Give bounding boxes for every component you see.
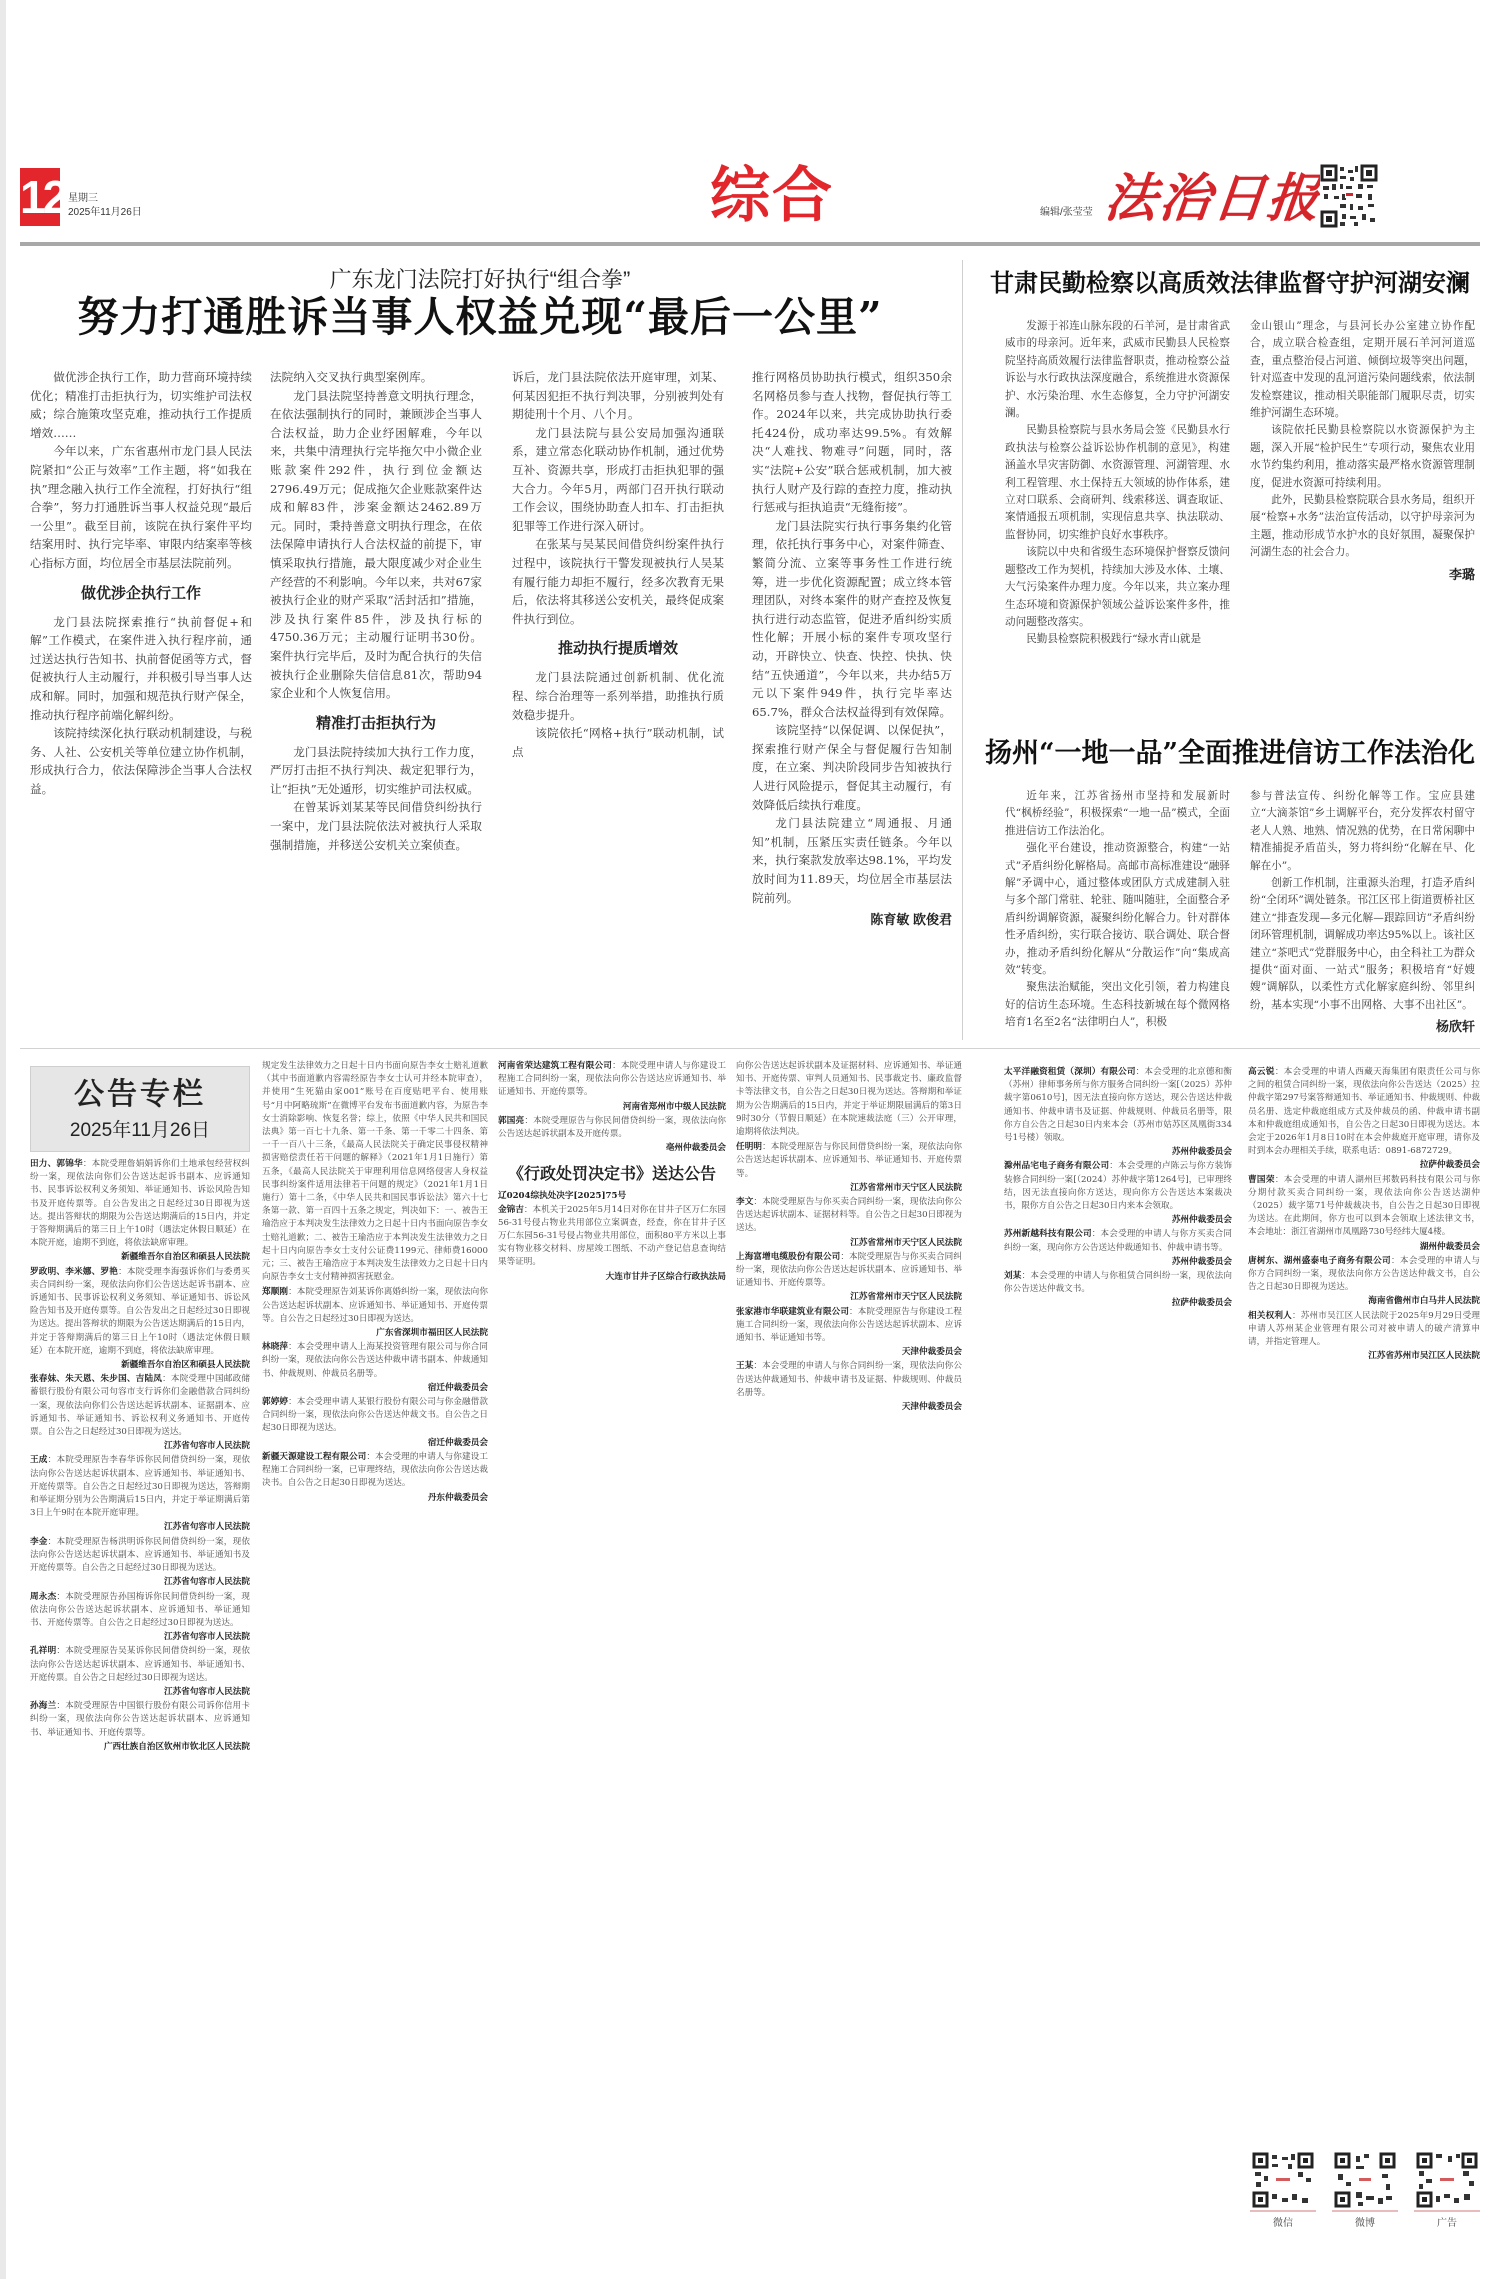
yangzhou-column-1: 近年来，江苏省扬州市坚持和发展新时代“枫桥经验”，积极探索“一地一品”模式，全面… xyxy=(1005,788,1230,1042)
notice-item: 郭婷婷：本会受理申请人某银行股份有限公司与你金融借款合同纠纷一案，现依法向你公告… xyxy=(262,1396,488,1449)
newspaper-page: 12 星期三 2025年11月26日 综合 编辑/张莹莹 法治日报 xyxy=(0,0,1500,2279)
paragraph: 龙门县法院建立“周通报、月通知”机制，压紧压实责任链条。今年以来，执行案款发放率… xyxy=(752,814,952,907)
notice-item: 规定发生法律效力之日起十日内书面向原告李女士赔礼道歉（其中书面道歉内容需经原告李… xyxy=(262,1060,488,1284)
notice-item: 向你公告送达起诉状副本及证据材料、应诉通知书、举证通知书、开庭传票、审判人员通知… xyxy=(736,1060,962,1139)
notice-item: 新疆天源建设工程有限公司：本会受理的申请人与你建设工程施工合同纠纷一案，已审理终… xyxy=(262,1451,488,1504)
qr-code-icon[interactable] xyxy=(1320,164,1378,228)
masthead: 12 星期三 2025年11月26日 综合 编辑/张莹莹 法治日报 xyxy=(20,160,1500,250)
notice-item: 太平洋融资租赁（深圳）有限公司：本会受理的北京德和衡（苏州）律师事务所与你方服务… xyxy=(1004,1066,1232,1158)
paragraph: 近年来，江苏省扬州市坚持和发展新时代“枫桥经验”，积极探索“一地一品”模式，全面… xyxy=(1005,788,1230,840)
notice-column-5: 太平洋融资租赁（深圳）有限公司：本会受理的北京德和衡（苏州）律师事务所与你方服务… xyxy=(1004,1066,1232,2268)
paragraph: 推行网格员协助执行模式，组织350余名网格员参与查人找物，督促执行等工作。202… xyxy=(752,368,952,517)
paragraph: 该院以中央和省级生态环境保护督察反馈问题整改工作为契机，持续加大涉及水体、土壤、… xyxy=(1005,544,1230,631)
newspaper-logo: 法治日报 xyxy=(1102,168,1325,230)
paragraph: 做优涉企执行工作，助力营商环境持续优化；精准打击拒执行为，切实维护司法权威；综合… xyxy=(30,368,252,442)
notice-column-2: 规定发生法律效力之日起十日内书面向原告李女士赔礼道歉（其中书面道歉内容需经原告李… xyxy=(262,1060,488,2268)
notice-item: 周永杰：本院受理原告孙国梅诉你民间借贷纠纷一案，现依法向你公告送达起诉状副本、应… xyxy=(30,1591,250,1644)
notice-item: 滁州品宅电子商务有限公司：本会受理的卢陈云与你方装饰装修合同纠纷一案[（2024… xyxy=(1004,1160,1232,1226)
issue-date: 2025年11月26日 xyxy=(68,206,142,220)
notice-banner: 公告专栏 2025年11月26日 xyxy=(30,1066,250,1152)
notice-item: 高云锐：本会受理的申请人西藏天海集团有限责任公司与你之间的租赁合同纠纷一案，现依… xyxy=(1248,1066,1480,1172)
editor-credit: 编辑/张莹莹 xyxy=(1040,203,1093,218)
notice-item: 李金：本院受理原告杨洪明诉你民间借贷纠纷一案，现依法向你公告送达起诉状副本、应诉… xyxy=(30,1536,250,1589)
byline: 杨欣轩 xyxy=(1250,1018,1475,1035)
notice-item: 苏州新越科技有限公司：本会受理的申请人与你方买卖合同纠纷一案，现向你方公告送达仲… xyxy=(1004,1228,1232,1268)
notice-banner-title: 公告专栏 xyxy=(31,1073,249,1117)
notice-item: 王成：本院受理原告李春华诉你民间借贷纠纷一案，现依法向你公告送达起诉状副本、应诉… xyxy=(30,1454,250,1533)
notice-item: 曹国荣：本会受理的申请人湖州巨邦数码科技有限公司与你分期付款买卖合同纠纷一案，现… xyxy=(1248,1174,1480,1253)
notice-item: 相关权利人：苏州市吴江区人民法院于2025年9月29日受理申请人苏州某企业管理有… xyxy=(1248,1310,1480,1363)
paragraph: 法院纳入交叉执行典型案例库。 xyxy=(270,368,482,387)
notice-item: 孙海兰：本院受理原告中国银行股份有限公司诉你信用卡纠纷一案，现依法向你公告送达起… xyxy=(30,1700,250,1753)
byline: 陈育敏 欧俊君 xyxy=(752,911,952,930)
lead-column-2: 法院纳入交叉执行典型案例库。 龙门县法院坚持善意文明执行理念，在依法强制执行的同… xyxy=(270,368,482,1048)
qr-label: 微博 xyxy=(1332,2210,1398,2229)
wechat-qr-icon[interactable]: 微信 xyxy=(1250,2152,1316,2222)
notice-item: 郑顺刚：本院受理原告刘某诉你离婚纠纷一案，现依法向你公告送达起诉状副本、应诉通知… xyxy=(262,1286,488,1339)
paragraph: 龙门县法院坚持善意文明执行理念，在依法强制执行的同时，兼顾涉企当事人合法权益，助… xyxy=(270,387,482,703)
yangzhou-headline: 扬州“一地一品”全面推进信访工作法治化 xyxy=(970,734,1490,774)
notice-item: 林晓萍：本会受理申请人上海某投资管理有限公司与你合同纠纷一案，现依法向你公告送达… xyxy=(262,1341,488,1394)
qr-label: 广告 xyxy=(1414,2210,1480,2229)
paragraph: 该院坚持“以保促调、以保促执”，探索推行财产保全与督促履行告知制度，在立案、判决… xyxy=(752,721,952,814)
lead-headline: 努力打通胜诉当事人权益兑现“最后一公里” xyxy=(0,290,960,344)
paragraph: 创新工作机制，注重源头治理，打造矛盾纠纷“全闭环”调处链条。邗江区邗上街道贾桥社… xyxy=(1250,875,1475,1014)
lead-column-4: 推行网格员协助执行模式，组织350余名网格员参与查人找物，督促执行等工作。202… xyxy=(752,368,952,1048)
paragraph: 该院依托民勤县检察院以水资源保护为主题，深入开展“检护民生”专项行动，聚焦农业用… xyxy=(1250,422,1475,492)
notice-column-3: 河南省荣达建筑工程有限公司：本院受理申请人与你建设工程施工合同纠纷一案，现依法向… xyxy=(498,1060,726,2268)
notice-item: 王某：本会受理的申请人与你合同纠纷一案，现依法向你公告送达仲裁通知书、仲裁申请书… xyxy=(736,1360,962,1413)
notice-item: 河南省荣达建筑工程有限公司：本院受理申请人与你建设工程施工合同纠纷一案，现依法向… xyxy=(498,1060,726,1113)
notice-column-1: 田力、郭锦华：本院受理詹娟娟诉你们土地承包经营权纠纷一案，现依法向你们公告送达起… xyxy=(30,1158,250,2268)
administrative-penalty-notice-title: 《行政处罚决定书》送达公告 xyxy=(498,1162,726,1186)
notice-item: 金锦吉：本机关于2025年5月14日对你在甘井子区万仁东园56-31号侵占物业共… xyxy=(498,1204,726,1283)
yangzhou-column-2: 参与普法宣传、纠纷化解等工作。宝应县建立“大滴茶馆”乡土调解平台，充分发挥农村留… xyxy=(1250,788,1475,1042)
paragraph: 在张某与吴某民间借贷纠纷案件执行过程中，该院执行干警发现被执行人吴某有履行能力却… xyxy=(512,535,724,628)
weekday: 星期三 xyxy=(68,192,142,206)
lead-column-1: 做优涉企执行工作，助力营商环境持续优化；精准打击拒执行为，切实维护司法权威；综合… xyxy=(30,368,252,1048)
page-number-badge: 12 xyxy=(20,168,60,226)
notice-item: 孔祥明：本院受理原告吴某诉你民间借贷纠纷一案，现依法向你公告送达起诉状副本、应诉… xyxy=(30,1645,250,1698)
paragraph: 龙门县法院与县公安局加强沟通联系，建立常态化联动协作机制，通过优势互补、资源共享… xyxy=(512,424,724,536)
paragraph: 今年以来，广东省惠州市龙门县人民法院紧扣“公正与效率”工作主题，将“如我在执”理… xyxy=(30,442,252,572)
paragraph: 参与普法宣传、纠纷化解等工作。宝应县建立“大滴茶馆”乡土调解平台，充分发挥农村留… xyxy=(1250,788,1475,875)
gansu-column-2: 金山银山”理念，与县河长办公室建立协作配合，成立联合检查组，定期开展石羊河河道巡… xyxy=(1250,318,1475,696)
paragraph: 该院持续深化执行联动机制建设，与税务、人社、公安机关等单位建立协作机制，形成执行… xyxy=(30,724,252,798)
notice-item: 郭国亮：本院受理原告与你民间借贷纠纷一案，现依法向你公告送达起诉状副本及开庭传票… xyxy=(498,1115,726,1155)
gansu-column-1: 发源于祁连山脉东段的石羊河，是甘肃省武威市的母亲河。近年来，武威市民勤县人民检察… xyxy=(1005,318,1230,696)
qr-label: 微信 xyxy=(1250,2210,1316,2229)
paragraph: 龙门县法院实行执行事务集约化管理，依托执行事务中心，对案件筛查、繁简分流、立案等… xyxy=(752,517,952,722)
qr-code-row: 微信 微博 xyxy=(1250,2152,1480,2222)
notice-item: 张家港市华联建筑业有限公司：本院受理原告与你建设工程施工合同纠纷一案，现依法向你… xyxy=(736,1306,962,1359)
paragraph: 龙门县法院探索推行“执前督促+和解”工作模式，在案件进入执行程序前，通过送达执行… xyxy=(30,613,252,725)
paragraph: 强化平台建设，推动资源整合，构建“一站式”矛盾纠纷化解格局。高邮市高标准建设“融… xyxy=(1005,840,1230,979)
section-heading: 推动执行提质增效 xyxy=(512,638,724,660)
section-heading: 做优涉企执行工作 xyxy=(30,583,252,605)
notice-item: 上海富增电缆股份有限公司：本院受理原告与你买卖合同纠纷一案，现依法向你公告送达起… xyxy=(736,1251,962,1304)
notice-item: 罗政明、李米娜、罗艳：本院受理李海强诉你们与委勇买卖合同纠纷一案，现依法向你们公… xyxy=(30,1266,250,1372)
paragraph: 在曾某诉刘某某等民间借贷纠纷执行一案中，龙门县法院依法对被执行人采取强制措施，并… xyxy=(270,798,482,854)
paragraph: 诉后，龙门县法院依法开庭审理，刘某、何某因犯拒不执行判决罪，分别被判处有期徒刑十… xyxy=(512,368,724,424)
notice-banner-date: 2025年11月26日 xyxy=(31,1117,249,1145)
notice-item: 田力、郭锦华：本院受理詹娟娟诉你们土地承包经营权纠纷一案，现依法向你们公告送达起… xyxy=(30,1158,250,1264)
notice-item: 唐树东、湖州盛泰电子商务有限公司：本会受理的申请人与你方合同纠纷一案，现依法向你… xyxy=(1248,1255,1480,1308)
paragraph: 发源于祁连山脉东段的石羊河，是甘肃省武威市的母亲河。近年来，武威市民勤县人民检察… xyxy=(1005,318,1230,422)
section-title: 综合 xyxy=(710,160,834,232)
notice-column-6: 高云锐：本会受理的申请人西藏天海集团有限责任公司与你之间的租赁合同纠纷一案，现依… xyxy=(1248,1066,1480,2146)
gansu-headline: 甘肃民勤检察以高质效法律监督守护河湖安澜 xyxy=(970,266,1490,300)
paragraph: 民勤县检察院与县水务局会签《民勤县水行政执法与检察公益诉讼协作机制的意见》，构建… xyxy=(1005,422,1230,544)
column-divider xyxy=(962,260,963,1040)
paragraph: 龙门县法院持续加大执行工作力度，严厉打击拒不执行判决、裁定犯罪行为，让“拒执”无… xyxy=(270,743,482,799)
paragraph: 此外，民勤县检察院联合县水务局，组织开展“检察+水务”法治宣传活动，以守护母亲河… xyxy=(1250,492,1475,562)
paragraph: 该院依托“网格+执行”联动机制，试点 xyxy=(512,724,724,761)
masthead-rule xyxy=(20,242,1480,246)
notice-item: 李文：本院受理原告与你买卖合同纠纷一案，现依法向你公告送达起诉状副本、证据材料等… xyxy=(736,1196,962,1249)
paragraph: 民勤县检察院积极践行“绿水青山就是 xyxy=(1005,631,1230,648)
byline: 李璐 xyxy=(1250,566,1475,583)
section-heading: 精准打击拒执行为 xyxy=(270,713,482,735)
notice-section-divider xyxy=(20,1048,1480,1049)
lead-column-3: 诉后，龙门县法院依法开庭审理，刘某、何某因犯拒不执行判决罪，分别被判处有期徒刑十… xyxy=(512,368,724,1048)
ad-qr-icon[interactable]: 广告 xyxy=(1414,2152,1480,2222)
notice-item: 刘某：本会受理的申请人与你租赁合同纠纷一案，现依法向你公告送达仲裁文书。拉萨仲裁… xyxy=(1004,1270,1232,1310)
paragraph: 金山银山”理念，与县河长办公室建立协作配合，成立联合检查组，定期开展石羊河河道巡… xyxy=(1250,318,1475,422)
notice-column-4: 向你公告送达起诉状副本及证据材料、应诉通知书、举证通知书、开庭传票、审判人员通知… xyxy=(736,1060,962,2268)
weibo-qr-icon[interactable]: 微博 xyxy=(1332,2152,1398,2222)
paragraph: 龙门县法院通过创新机制、优化流程、综合治理等一系列举措，助推执行质效稳步提升。 xyxy=(512,668,724,724)
paragraph: 聚焦法治赋能，突出文化引领，着力构建良好的信访生态环境。生态科技新城在每个微网格… xyxy=(1005,979,1230,1031)
notice-item: 任明明：本院受理原告与你民间借贷纠纷一案，现依法向你公告送达起诉状副本、应诉通知… xyxy=(736,1141,962,1194)
penalty-decision-number: 辽0204综执处决字[2025]75号 xyxy=(498,1190,726,1203)
notice-item: 张春妹、朱天恩、朱步国、吉陆凤：本院受理中国邮政储蓄银行股份有限公司句容市支行诉… xyxy=(30,1373,250,1452)
page-date-block: 星期三 2025年11月26日 xyxy=(68,192,142,220)
